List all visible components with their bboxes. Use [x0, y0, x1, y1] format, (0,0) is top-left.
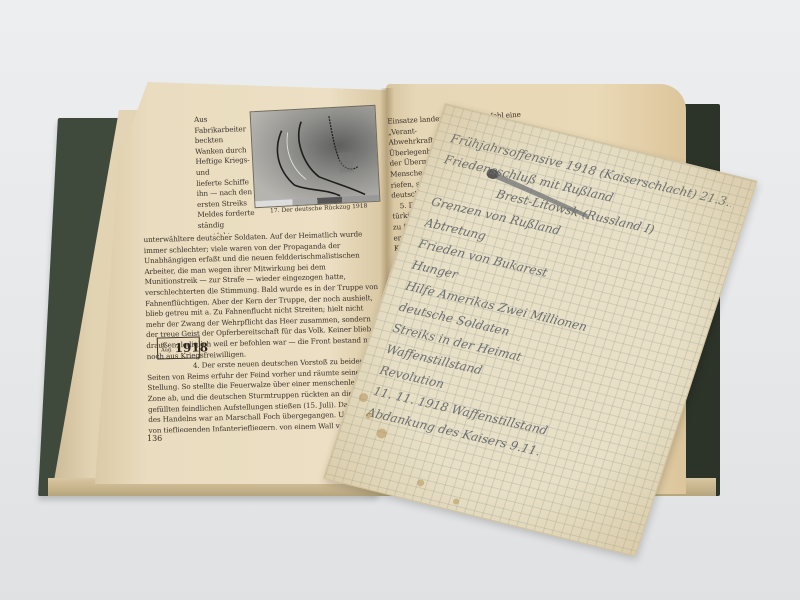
- margin-year: 1918: [174, 340, 208, 355]
- stain: [358, 392, 370, 403]
- stain: [375, 428, 388, 440]
- map-lines: [251, 106, 380, 207]
- pencil-drawing-icon: [482, 162, 604, 223]
- left-page-side-text: Aus Fabrikarbeiter beckten Wanken durch …: [194, 113, 256, 235]
- photo-scene: Aus Fabrikarbeiter beckten Wanken durch …: [0, 0, 800, 600]
- page-number: 136: [147, 434, 162, 443]
- stain: [365, 412, 373, 419]
- stain: [416, 479, 425, 487]
- margin-date-box: 8. Aug. 1918: [157, 336, 201, 359]
- retreat-map-figure: [250, 105, 381, 208]
- stain: [452, 498, 460, 505]
